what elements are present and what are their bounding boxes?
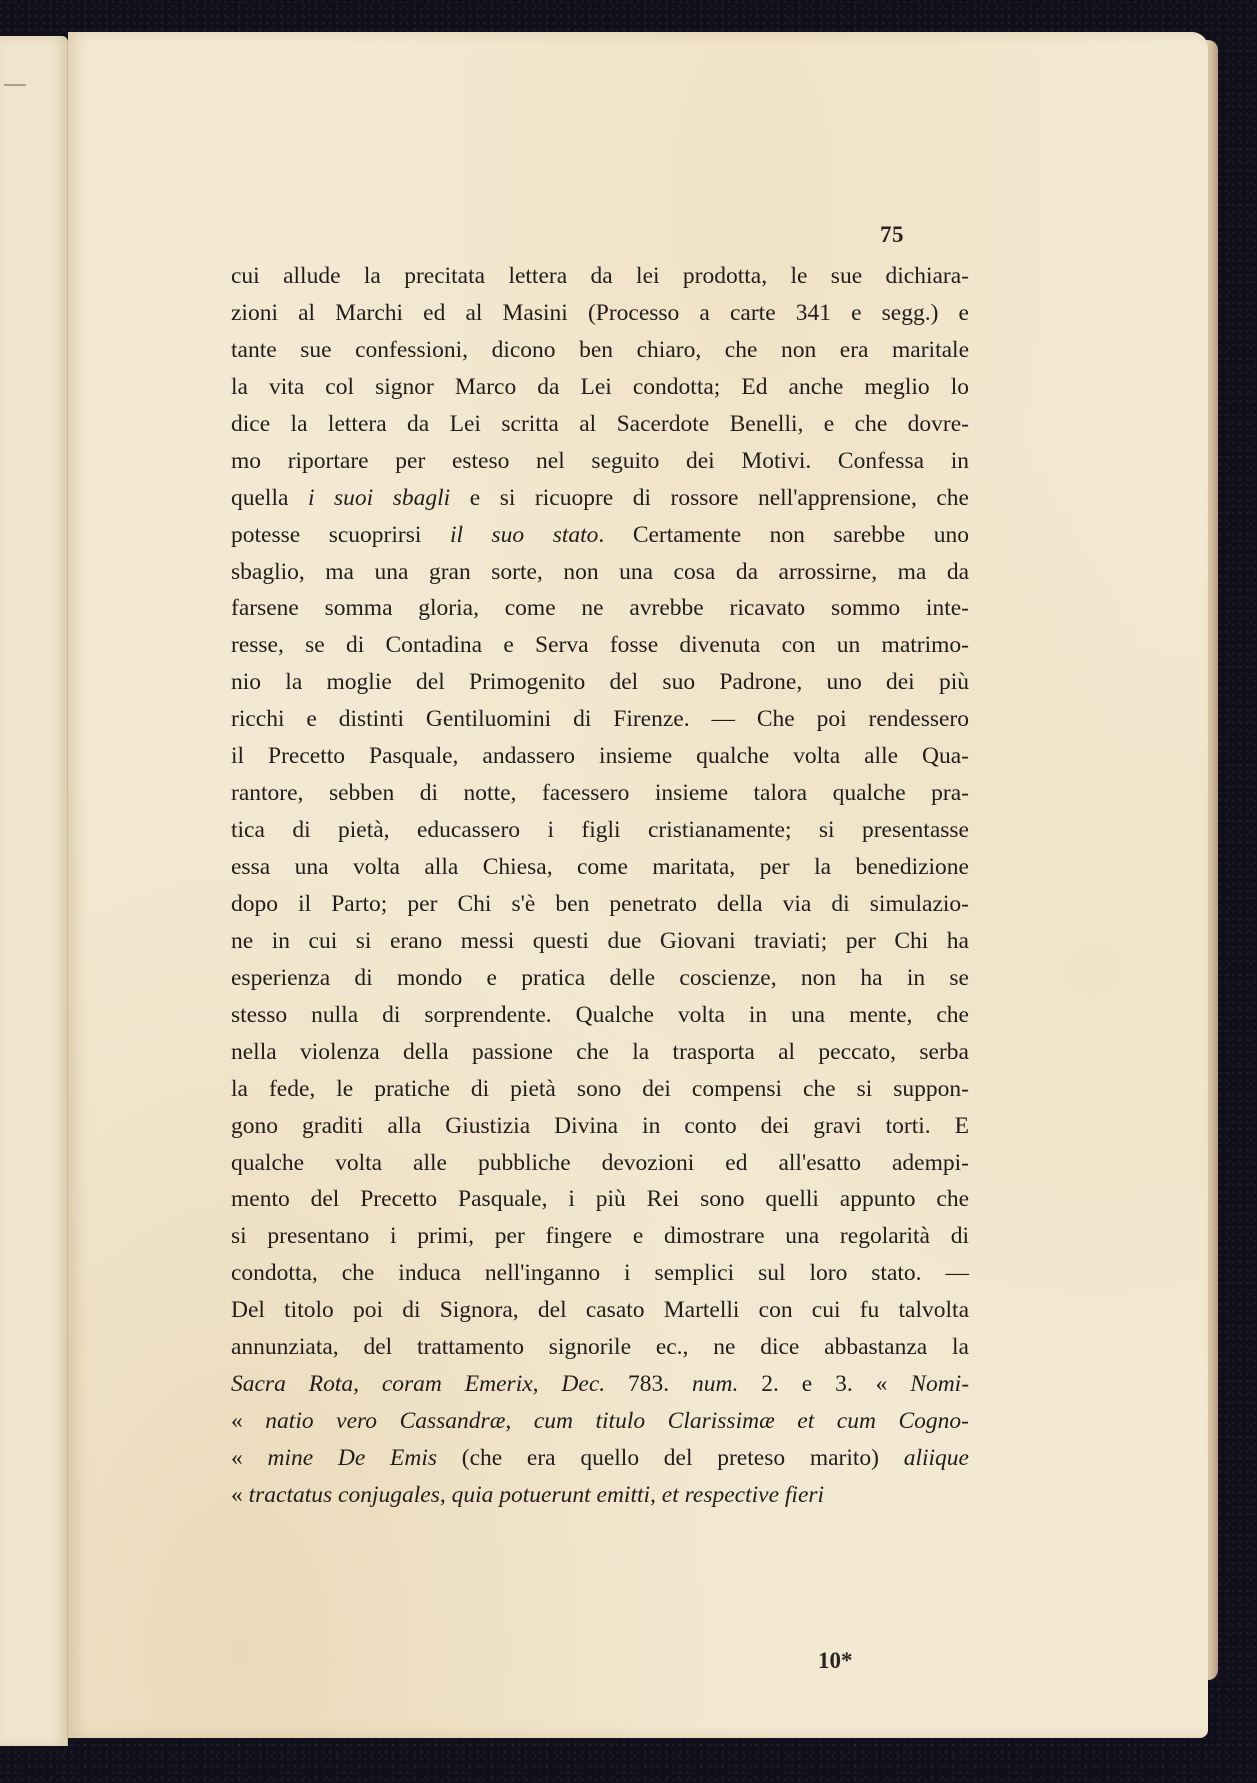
text-span: la fede, le pratiche di pietà sono dei c…: [231, 1076, 969, 1102]
text-span: dopo il Parto; per Chi s'è ben penetrato…: [231, 891, 969, 917]
text-line: Del titolo poi di Signora, del casato Ma…: [231, 1292, 969, 1329]
text-line: « natio vero Cassandræ, cum titulo Clari…: [231, 1403, 969, 1440]
text-span: quella: [231, 485, 308, 511]
italic-text: mine De Emis: [267, 1445, 437, 1471]
margin-mark: [4, 84, 26, 86]
text-span: essa una volta alla Chiesa, come maritat…: [231, 854, 969, 880]
text-line: nio la moglie del Primogenito del suo Pa…: [231, 664, 969, 701]
text-line: dice la lettera da Lei scritta al Sacerd…: [231, 406, 969, 443]
text-span: sbaglio, ma una gran sorte, non una cosa…: [231, 559, 969, 585]
text-span: nella violenza della passione che la tra…: [231, 1039, 969, 1065]
text-span: si presentano i primi, per fingere e dim…: [231, 1223, 969, 1249]
text-span: cui allude la precitata lettera da lei p…: [231, 263, 969, 289]
text-line: mento del Precetto Pasquale, i più Rei s…: [231, 1181, 969, 1218]
italic-text: tractatus conjugales, quia potuerunt emi…: [249, 1482, 824, 1508]
text-line: annunziata, del trattamento signorile ec…: [231, 1329, 969, 1366]
text-line: esperienza di mondo e pratica delle cosc…: [231, 960, 969, 997]
text-line: zioni al Marchi ed al Masini (Processo a…: [231, 295, 969, 332]
text-line: gono graditi alla Giustizia Divina in co…: [231, 1108, 969, 1145]
text-line: nella violenza della passione che la tra…: [231, 1034, 969, 1071]
text-line: ne in cui si erano messi questi due Giov…: [231, 923, 969, 960]
text-line: stesso nulla di sorprendente. Qualche vo…: [231, 997, 969, 1034]
italic-text: num.: [692, 1371, 738, 1397]
text-line: si presentano i primi, per fingere e dim…: [231, 1218, 969, 1255]
text-line: resse, se di Contadina e Serva fosse div…: [231, 627, 969, 664]
text-span: la vita col signor Marco da Lei condotta…: [231, 374, 969, 400]
text-line: dopo il Parto; per Chi s'è ben penetrato…: [231, 886, 969, 923]
text-span: «: [231, 1408, 265, 1434]
italic-text: aliique: [904, 1445, 969, 1471]
text-span: zioni al Marchi ed al Masini (Processo a…: [231, 300, 969, 326]
text-line: « tractatus conjugales, quia potuerunt e…: [231, 1477, 969, 1514]
text-span: «: [231, 1445, 267, 1471]
text-line: quella i suoi sbagli e si ricuopre di ro…: [231, 480, 969, 517]
text-span: resse, se di Contadina e Serva fosse div…: [231, 632, 969, 658]
text-span: esperienza di mondo e pratica delle cosc…: [231, 965, 969, 991]
italic-text: i suoi sbagli: [308, 485, 450, 511]
text-line: il Precetto Pasquale, andassero insieme …: [231, 738, 969, 775]
italic-text: natio vero Cassandræ, cum titulo Clariss…: [265, 1408, 969, 1434]
text-span: «: [231, 1482, 249, 1508]
text-span: tica di pietà, educassero i figli cristi…: [231, 817, 969, 843]
text-line: cui allude la precitata lettera da lei p…: [231, 258, 969, 295]
text-line: tica di pietà, educassero i figli cristi…: [231, 812, 969, 849]
text-span: mento del Precetto Pasquale, i più Rei s…: [231, 1186, 969, 1212]
page-number: 75: [880, 222, 904, 248]
text-span: 783.: [605, 1371, 692, 1397]
text-span: ricchi e distinti Gentiluomini di Firenz…: [231, 706, 969, 732]
text-span: 2. e 3. «: [738, 1371, 910, 1397]
text-span: tante sue confessioni, dicono ben chiaro…: [231, 337, 969, 363]
italic-text: Sacra Rota, coram Emerix, Dec.: [231, 1371, 605, 1397]
text-span: (che era quello del preteso marito): [437, 1445, 904, 1471]
text-line: potesse scuoprirsi il suo stato. Certame…: [231, 517, 969, 554]
text-line: la vita col signor Marco da Lei condotta…: [231, 369, 969, 406]
text-line: la fede, le pratiche di pietà sono dei c…: [231, 1071, 969, 1108]
text-span: . Certamente non sarebbe uno: [598, 522, 969, 548]
text-span: Del titolo poi di Signora, del casato Ma…: [231, 1297, 969, 1323]
text-line: « mine De Emis (che era quello del prete…: [231, 1440, 969, 1477]
text-line: Sacra Rota, coram Emerix, Dec. 783. num.…: [231, 1366, 969, 1403]
text-span: mo riportare per esteso nel seguito dei …: [231, 448, 969, 474]
text-span: ne in cui si erano messi questi due Giov…: [231, 928, 969, 954]
text-line: condotta, che induca nell'inganno i semp…: [231, 1255, 969, 1292]
text-span: farsene somma gloria, come ne avrebbe ri…: [231, 595, 969, 621]
italic-text: il suo stato: [450, 522, 598, 548]
text-span: stesso nulla di sorprendente. Qualche vo…: [231, 1002, 969, 1028]
text-span: il Precetto Pasquale, andassero insieme …: [231, 743, 969, 769]
text-span: condotta, che induca nell'inganno i semp…: [231, 1260, 969, 1286]
text-line: rantore, sebben di notte, facessero insi…: [231, 775, 969, 812]
text-span: rantore, sebben di notte, facessero insi…: [231, 780, 969, 806]
italic-text: Nomi-: [910, 1371, 969, 1397]
text-span: nio la moglie del Primogenito del suo Pa…: [231, 669, 969, 695]
text-span: gono graditi alla Giustizia Divina in co…: [231, 1113, 969, 1139]
text-span: qualche volta alle pubbliche devozioni e…: [231, 1150, 969, 1176]
body-text: cui allude la precitata lettera da lei p…: [231, 258, 969, 1514]
text-line: qualche volta alle pubbliche devozioni e…: [231, 1145, 969, 1182]
text-span: dice la lettera da Lei scritta al Sacerd…: [231, 411, 969, 437]
text-line: farsene somma gloria, come ne avrebbe ri…: [231, 590, 969, 627]
text-line: tante sue confessioni, dicono ben chiaro…: [231, 332, 969, 369]
text-line: mo riportare per esteso nel seguito dei …: [231, 443, 969, 480]
text-line: sbaglio, ma una gran sorte, non una cosa…: [231, 554, 969, 591]
text-span: annunziata, del trattamento signorile ec…: [231, 1334, 969, 1360]
facing-page-edge: [0, 36, 68, 1746]
text-line: essa una volta alla Chiesa, come maritat…: [231, 849, 969, 886]
text-span: potesse scuoprirsi: [231, 522, 450, 548]
text-line: ricchi e distinti Gentiluomini di Firenz…: [231, 701, 969, 738]
signature-mark: 10*: [818, 1648, 853, 1674]
text-span: e si ricuopre di rossore nell'apprension…: [450, 485, 969, 511]
